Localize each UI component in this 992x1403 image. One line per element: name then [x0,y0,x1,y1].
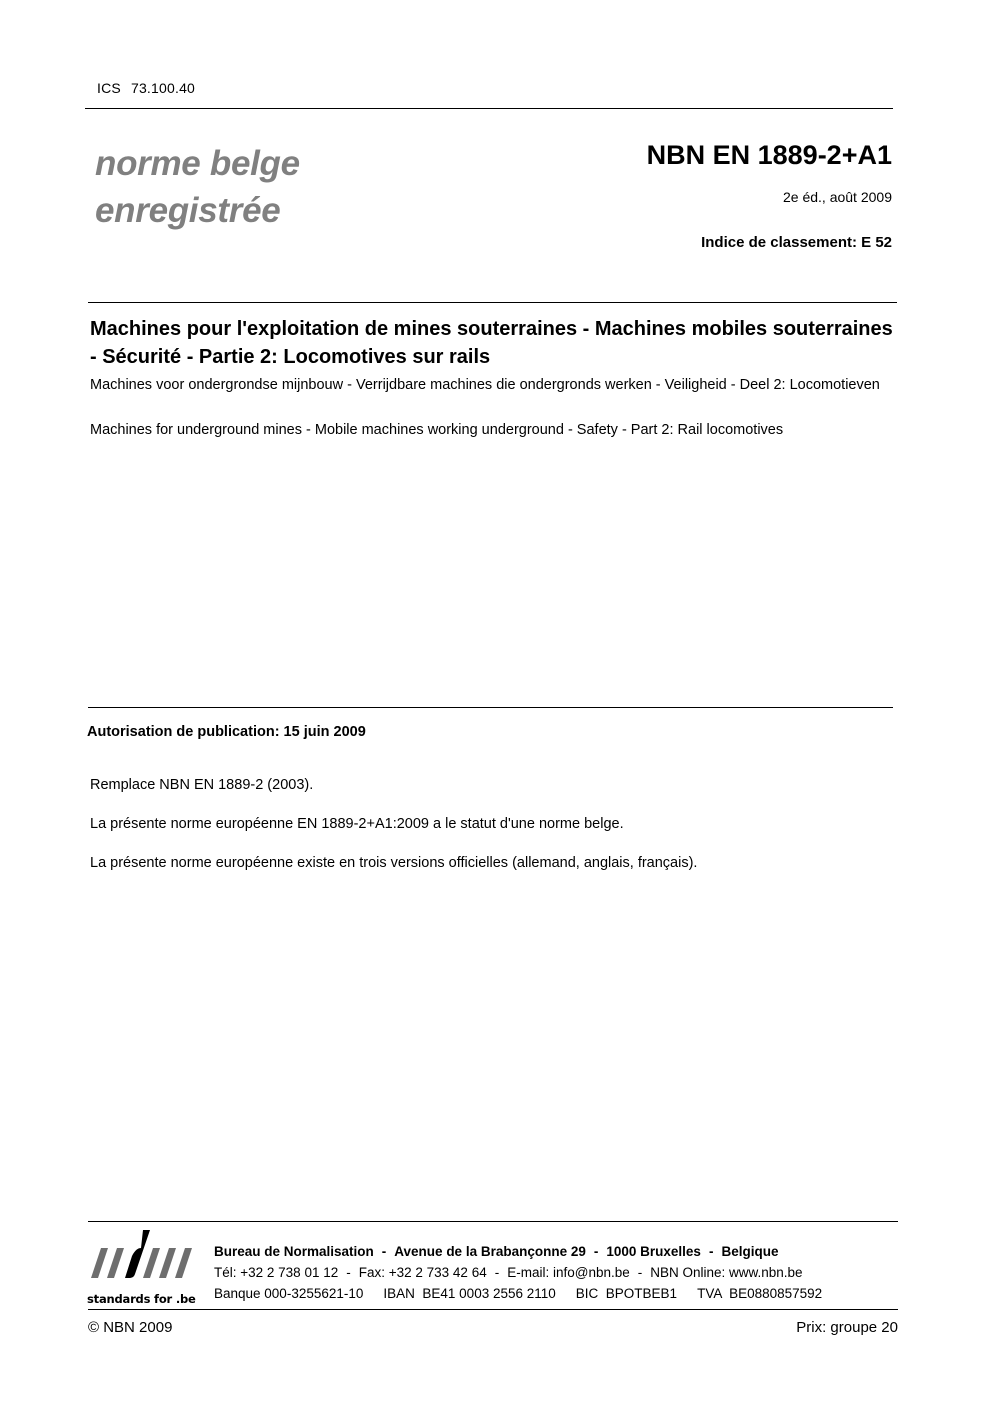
classification-index: Indice de classement: E 52 [701,234,892,251]
ics-code: 73.100.40 [131,80,195,96]
website-link[interactable]: NBN Online: www.nbn.be [650,1265,802,1280]
ics-classification: ICS73.100.40 [97,80,195,96]
footer-contact-line: Tél: +32 2 738 01 12-Fax: +32 2 733 42 6… [214,1262,822,1283]
top-divider [85,108,893,109]
edition-date: 2e éd., août 2009 [783,189,892,205]
title-english: Machines for underground mines - Mobile … [90,421,900,439]
footer-bank-line: Banque 000-3255621-10IBAN BE41 0003 2556… [214,1283,822,1304]
telephone: Tél: +32 2 738 01 12 [214,1265,338,1280]
publication-authorisation: Autorisation de publication: 15 juin 200… [87,724,366,740]
bic: BIC BPOTBEB1 [576,1286,677,1301]
nbn-logo-icon [87,1228,202,1288]
ics-label: ICS [97,80,121,96]
email-link[interactable]: E-mail: info@nbn.be [507,1265,630,1280]
address-city: 1000 Bruxelles [606,1244,701,1259]
address-street: Avenue de la Brabançonne 29 [394,1244,586,1259]
footer-divider-bottom [88,1309,898,1310]
brand-line-2: enregistrée [95,187,300,234]
title-divider-bottom [88,707,893,708]
org-name: Bureau de Normalisation [214,1244,374,1259]
address-country: Belgique [721,1244,778,1259]
brand-line-1: norme belge [95,140,300,187]
tva: TVA BE0880857592 [697,1286,822,1301]
note-versions: La présente norme européenne existe en t… [90,855,697,871]
footer-address-line: Bureau de Normalisation-Avenue de la Bra… [214,1241,822,1262]
note-status: La présente norme européenne EN 1889-2+A… [90,816,624,832]
iban: IBAN BE41 0003 2556 2110 [383,1286,555,1301]
standard-number: NBN EN 1889-2+A1 [647,140,892,171]
bank-account: Banque 000-3255621-10 [214,1286,363,1301]
footer-divider-top [88,1221,898,1222]
price-group: Prix: groupe 20 [796,1319,898,1336]
logo-tagline: standards for .be [87,1292,196,1306]
note-replaces: Remplace NBN EN 1889-2 (2003). [90,777,313,793]
title-dutch: Machines voor ondergrondse mijnbouw - Ve… [90,376,900,394]
title-divider-top [88,302,897,303]
nbn-logo: standards for .be [87,1228,202,1306]
brand-title: norme belge enregistrée [95,140,300,234]
footer-contact: Bureau de Normalisation-Avenue de la Bra… [214,1241,822,1304]
fax: Fax: +32 2 733 42 64 [359,1265,487,1280]
title-french: Machines pour l'exploitation de mines so… [90,315,900,371]
copyright: © NBN 2009 [88,1319,172,1336]
